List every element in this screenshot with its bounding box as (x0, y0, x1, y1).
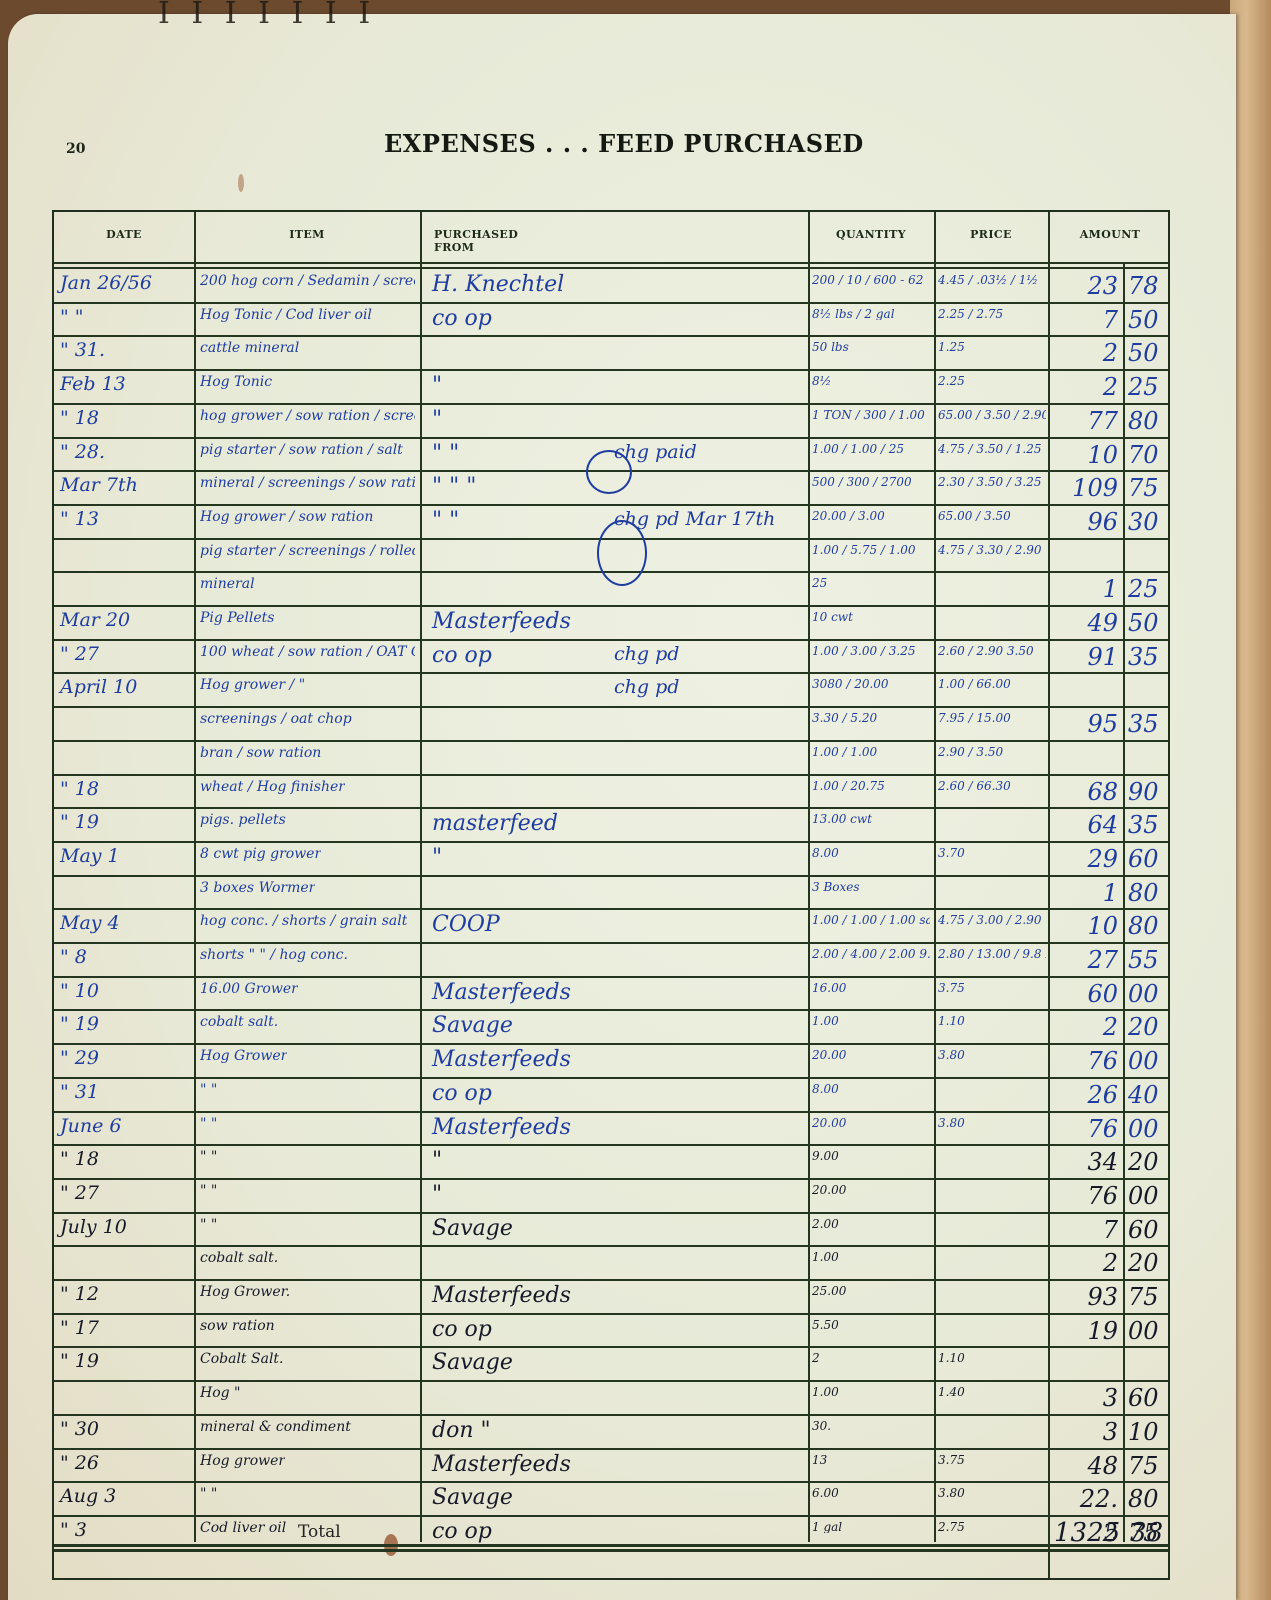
entry-amount-dollars: 1 (1052, 577, 1118, 601)
entry-amount-dollars: 49 (1052, 611, 1118, 635)
entry-date: " 26 (60, 1454, 99, 1473)
entry-quantity: 1.00 (812, 1251, 839, 1263)
entry-date: May 1 (60, 847, 120, 866)
page-number: 20 (66, 141, 85, 157)
entry-price: 1.25 (938, 341, 965, 353)
stain (238, 174, 244, 192)
entry-item: " " (200, 1117, 217, 1131)
entry-date: " 18 (60, 409, 99, 428)
entry-price: 3.75 (938, 982, 965, 994)
row-rule (54, 1448, 1168, 1450)
entry-amount-dollars: 76 (1052, 1049, 1118, 1073)
entry-amount-dollars: 93 (1052, 1285, 1118, 1309)
entry-amount-dollars: 95 (1052, 712, 1118, 736)
entry-supplier: Masterfeeds (432, 1285, 571, 1307)
entry-quantity: 20.00 / 3.00 (812, 510, 885, 522)
entry-note: chg pd Mar 17th (614, 510, 775, 529)
entry-amount-dollars: 96 (1052, 510, 1118, 534)
entry-quantity: 1.00 / 3.00 / 3.25 (812, 645, 916, 657)
entry-quantity: 500 / 300 / 2700 (812, 476, 912, 488)
entry-price: 3.75 (938, 1454, 965, 1466)
entry-date: Mar 7th (60, 476, 138, 495)
entry-amount-cents: 80 (1128, 409, 1159, 433)
entry-amount-cents: 20 (1128, 1251, 1159, 1275)
entry-date: " 31. (60, 341, 105, 360)
entry-amount-dollars: 64 (1052, 813, 1118, 837)
entry-supplier: Masterfeeds (432, 982, 571, 1004)
entry-item: shorts " " / hog conc. (200, 948, 348, 962)
entry-date: " 18 (60, 1150, 99, 1169)
entry-item: pigs. pellets (200, 813, 286, 827)
entry-item: mineral / screenings / sow ration (200, 476, 415, 490)
entry-amount-dollars: 2 (1052, 375, 1118, 399)
entry-amount-dollars: 7 (1052, 1218, 1118, 1242)
row-rule (54, 908, 1168, 910)
entry-quantity: 1.00 (812, 1015, 839, 1027)
entry-supplier: " (432, 1150, 442, 1172)
entry-price: 4.75 / 3.30 / 2.90 (938, 544, 1042, 556)
entry-date: " 3 (60, 1521, 87, 1540)
entry-item: pig starter / sow ration / salt (200, 443, 403, 457)
entry-quantity: 13.00 cwt (812, 813, 872, 825)
entry-supplier: co op (432, 1319, 492, 1341)
entry-item: Hog Grower (200, 1049, 287, 1063)
entry-date: April 10 (60, 678, 137, 697)
entry-price: 2.60 / 66.30 (938, 780, 1011, 792)
entry-supplier: " (432, 409, 442, 431)
entry-price: 2.60 / 2.90 3.50 (938, 645, 1034, 657)
entry-date: " 13 (60, 510, 99, 529)
entry-date: " 8 (60, 948, 87, 967)
entry-amount-cents: 80 (1128, 1487, 1159, 1511)
entry-quantity: 5.50 (812, 1319, 839, 1331)
entry-date: " 12 (60, 1285, 99, 1304)
entry-quantity: 2.00 (812, 1218, 839, 1230)
entry-amount-dollars: 60 (1052, 982, 1118, 1006)
entry-date: May 4 (60, 914, 120, 933)
entry-amount-dollars: 2 (1052, 1015, 1118, 1039)
entry-amount-dollars: 29 (1052, 847, 1118, 871)
entry-quantity: 9.00 (812, 1150, 839, 1162)
row-rule (54, 1414, 1168, 1416)
row-rule (54, 1515, 1168, 1517)
entry-date: " " (60, 308, 84, 327)
row-rule (54, 1279, 1168, 1281)
entry-item: mineral (200, 577, 255, 591)
entry-quantity: 3.30 / 5.20 (812, 712, 877, 724)
entry-amount-cents: 50 (1128, 308, 1159, 332)
entry-amount-cents: 00 (1128, 1049, 1159, 1073)
entry-note: chg pd (614, 678, 679, 697)
entry-item: Hog Tonic / Cod liver oil (200, 308, 372, 322)
entry-amount-cents: 00 (1128, 982, 1159, 1006)
entry-quantity: 20.00 (812, 1117, 846, 1129)
entry-date: Aug 3 (60, 1487, 116, 1506)
page-title: EXPENSES . . . FEED PURCHASED (384, 129, 864, 158)
entry-amount-cents: 00 (1128, 1319, 1159, 1343)
entry-price: 4.75 / 3.50 / 1.25 1.25 (938, 443, 1046, 455)
entry-amount-cents: 90 (1128, 780, 1159, 804)
entry-price: 3.80 (938, 1487, 965, 1499)
entry-amount-cents: 20 (1128, 1015, 1159, 1039)
entry-amount-cents: 75 (1128, 1521, 1159, 1545)
entry-item: Cobalt Salt. (200, 1352, 284, 1366)
entry-amount-cents: 35 (1128, 712, 1159, 736)
entry-amount-cents: 75 (1128, 1454, 1159, 1478)
entry-amount-dollars: 3 (1052, 1386, 1118, 1410)
entry-quantity: 30. (812, 1420, 831, 1432)
entry-price: 3.80 (938, 1117, 965, 1129)
entry-date: Jan 26/56 (60, 274, 152, 293)
entry-supplier: Savage (432, 1487, 513, 1509)
entry-amount-dollars: 2 (1052, 341, 1118, 365)
row-rule (54, 774, 1168, 776)
total-label: Total (298, 1522, 341, 1542)
row-rule (54, 605, 1168, 607)
entry-item: pig starter / screenings / rolled oats (200, 544, 415, 558)
entry-item: 100 wheat / sow ration / OAT CHOP (200, 645, 415, 659)
entry-amount-dollars: 48 (1052, 1454, 1118, 1478)
entry-amount-cents: 20 (1128, 1150, 1159, 1174)
entry-date: " 17 (60, 1319, 99, 1338)
entry-supplier: " (432, 847, 442, 869)
entry-date: July 10 (60, 1218, 127, 1237)
entry-price: 2.90 / 3.50 (938, 746, 1003, 758)
entry-supplier: co op (432, 645, 492, 667)
entry-amount-dollars: 27 (1052, 948, 1118, 972)
entry-amount-cents: 80 (1128, 881, 1159, 905)
entry-quantity: 2 (812, 1352, 820, 1364)
entry-supplier: masterfeed (432, 813, 558, 835)
entry-item: " " (200, 1083, 217, 1097)
entry-supplier: H. Knechtel (432, 274, 564, 296)
entry-supplier: " " (432, 510, 459, 532)
entry-amount-cents: 75 (1128, 1285, 1159, 1309)
entry-item: " " (200, 1218, 217, 1232)
entry-supplier: Masterfeeds (432, 1454, 571, 1476)
row-rule (54, 1346, 1168, 1348)
entry-price: 2.25 / 2.75 (938, 308, 1003, 320)
entry-item: " " (200, 1184, 217, 1198)
entry-item: screenings / oat chop (200, 712, 352, 726)
entry-item: " " (200, 1487, 217, 1501)
header-quantity: QUANTITY (808, 228, 934, 241)
row-rule (54, 942, 1168, 944)
entry-supplier: Masterfeeds (432, 611, 571, 633)
entry-amount-dollars: 3 (1052, 1420, 1118, 1444)
entry-date: " 27 (60, 1184, 99, 1203)
entry-item: Cod liver oil (200, 1521, 286, 1535)
entry-amount-cents: 78 (1128, 274, 1159, 298)
entry-amount-cents: 00 (1128, 1117, 1159, 1141)
entry-amount-cents: 60 (1128, 847, 1159, 871)
entry-amount-dollars: 10 (1052, 443, 1118, 467)
entry-item: 3 boxes Wormer (200, 881, 315, 895)
entry-quantity: 1.00 (812, 1386, 839, 1398)
entry-item: cattle mineral (200, 341, 299, 355)
entry-amount-cents: 10 (1128, 1420, 1159, 1444)
entry-quantity: 3080 / 20.00 (812, 678, 889, 690)
row-rule (54, 335, 1168, 337)
row-rule (54, 807, 1168, 809)
entry-supplier: " (432, 375, 442, 397)
entry-price: 1.10 (938, 1015, 965, 1027)
entry-quantity: 6.00 (812, 1487, 839, 1499)
entry-date: Feb 13 (60, 375, 126, 394)
entry-date: " 31 (60, 1083, 99, 1102)
entry-amount-dollars: 26 (1052, 1083, 1118, 1107)
entry-amount-cents: 60 (1128, 1218, 1159, 1242)
book-cover-edge (1230, 0, 1271, 1600)
entry-price: 65.00 / 3.50 (938, 510, 1011, 522)
entry-supplier: " " " (432, 476, 476, 498)
entry-note: chg pd (614, 645, 679, 664)
entry-item: 8 cwt pig grower (200, 847, 321, 861)
row-rule (54, 639, 1168, 641)
entry-quantity: 3 Boxes (812, 881, 860, 893)
row-rule (54, 1313, 1168, 1315)
entry-quantity: 8.00 (812, 847, 839, 859)
entry-price: 2.80 / 13.00 / 9.8 25 (938, 948, 1046, 960)
entry-supplier: co op (432, 1521, 492, 1543)
entry-price: 7.95 / 15.00 (938, 712, 1011, 724)
entry-supplier: Savage (432, 1352, 513, 1374)
header-date: DATE (54, 228, 194, 241)
entry-amount-dollars: 76 (1052, 1117, 1118, 1141)
entry-quantity: 50 lbs (812, 341, 849, 353)
circled-chg-mark (597, 520, 647, 586)
entry-item: hog grower / sow ration / screenings (200, 409, 415, 423)
column-divider (420, 212, 422, 1542)
entry-quantity: 1.00 / 5.75 / 1.00 (812, 544, 916, 556)
column-divider (808, 212, 810, 1542)
entry-quantity: 1.00 / 20.75 (812, 780, 885, 792)
entry-item: Hog grower / sow ration (200, 510, 373, 524)
entry-quantity: 20.00 (812, 1049, 846, 1061)
entry-price: 2.25 (938, 375, 965, 387)
row-rule (54, 1043, 1168, 1045)
row-rule (54, 369, 1168, 371)
row-rule (54, 976, 1168, 978)
entry-price: 65.00 / 3.50 / 2.90 (938, 409, 1046, 421)
entry-quantity: 16.00 (812, 982, 846, 994)
row-rule (54, 437, 1168, 439)
entry-amount-dollars: 2 (1052, 1521, 1118, 1545)
entry-supplier: don " (432, 1420, 491, 1442)
entry-item: 200 hog corn / Sedamin / screenings salt (200, 274, 415, 288)
entry-item: mineral & condiment (200, 1420, 351, 1434)
row-rule (54, 1077, 1168, 1079)
entry-quantity: 1.00 / 1.00 (812, 746, 877, 758)
entry-quantity: 13 (812, 1454, 827, 1466)
entry-quantity: 25 (812, 577, 827, 589)
entry-supplier: co op (432, 308, 492, 330)
entry-quantity: 8.00 (812, 1083, 839, 1095)
entry-item: 16.00 Grower (200, 982, 298, 996)
entry-supplier: co op (432, 1083, 492, 1105)
entry-date: " 19 (60, 1015, 99, 1034)
entry-quantity: 2.00 / 4.00 / 2.00 9.. 25 (812, 948, 930, 960)
entry-price: 2.75 (938, 1521, 965, 1533)
header-amount: AMOUNT (1048, 228, 1172, 241)
entry-quantity: 1.00 / 1.00 / 1.00 salt 1.90 (812, 914, 930, 926)
header-rule (54, 267, 1168, 269)
entry-date: " 27 (60, 645, 99, 664)
entry-quantity: 1 TON / 300 / 1.00 (812, 409, 925, 421)
entry-supplier: Masterfeeds (432, 1117, 571, 1139)
entry-date: " 30 (60, 1420, 99, 1439)
entry-quantity: 10 cwt (812, 611, 853, 623)
row-rule (54, 1009, 1168, 1011)
entry-item: Hog " (200, 1386, 241, 1400)
entry-price: 3.80 (938, 1049, 965, 1061)
entry-amount-dollars: 77 (1052, 409, 1118, 433)
feed-expense-table: DATE ITEM PURCHASED FROM QUANTITY PRICE … (52, 210, 1170, 1580)
column-divider (934, 212, 936, 1542)
entry-amount-cents: 35 (1128, 813, 1159, 837)
row-rule (54, 875, 1168, 877)
row-rule (54, 841, 1168, 843)
entry-quantity: 8½ lbs / 2 gal (812, 308, 895, 320)
entry-item: sow ration (200, 1319, 275, 1333)
entry-amount-dollars: 2 (1052, 1251, 1118, 1275)
entry-supplier: " (432, 1184, 442, 1206)
entry-date: " 28. (60, 443, 105, 462)
entry-quantity: 20.00 (812, 1184, 846, 1196)
entry-item: Hog Grower. (200, 1285, 290, 1299)
row-rule (54, 740, 1168, 742)
entry-price: 4.75 / 3.00 / 2.90 1.5 (938, 914, 1046, 926)
entry-date: " 29 (60, 1049, 99, 1068)
entry-amount-dollars: 1 (1052, 881, 1118, 905)
entry-amount-dollars: 22. (1052, 1487, 1118, 1511)
row-rule (54, 1212, 1168, 1214)
entry-quantity: 1.00 / 1.00 / 25 (812, 443, 904, 455)
cents-divider (1123, 264, 1125, 1542)
row-rule (54, 1549, 1168, 1552)
entry-amount-cents: 35 (1128, 645, 1159, 669)
entry-supplier: Savage (432, 1218, 513, 1240)
entry-amount-cents: 40 (1128, 1083, 1159, 1107)
entry-amount-dollars: 76 (1052, 1184, 1118, 1208)
entry-date: June 6 (60, 1117, 121, 1136)
total-rule (54, 1544, 1168, 1547)
entry-amount-cents: 25 (1128, 577, 1159, 601)
row-rule (54, 504, 1168, 506)
row-rule (54, 1144, 1168, 1146)
entry-amount-dollars: 109 (1052, 476, 1118, 500)
entry-item: wheat / Hog finisher (200, 780, 345, 794)
entry-date: " 18 (60, 780, 99, 799)
entry-quantity: 1 gal (812, 1521, 842, 1533)
entry-amount-dollars: 23 (1052, 274, 1118, 298)
entry-date: " 19 (60, 813, 99, 832)
entry-date: " 19 (60, 1352, 99, 1371)
header-item: ITEM (194, 228, 420, 241)
entry-amount-cents: 25 (1128, 375, 1159, 399)
entry-item: " " (200, 1150, 217, 1164)
entry-item: bran / sow ration (200, 746, 321, 760)
entry-amount-cents: 80 (1128, 914, 1159, 938)
entry-amount-dollars: 34 (1052, 1150, 1118, 1174)
row-rule (54, 706, 1168, 708)
entry-amount-cents: 50 (1128, 611, 1159, 635)
header-rule (54, 262, 1168, 264)
row-rule (54, 1111, 1168, 1113)
entry-quantity: 200 / 10 / 600 - 62 (812, 274, 923, 286)
entry-amount-dollars: 10 (1052, 914, 1118, 938)
header-price: PRICE (934, 228, 1048, 241)
entry-amount-cents: 60 (1128, 1386, 1159, 1410)
entry-price: 1.40 (938, 1386, 965, 1398)
entry-item: Hog grower / " (200, 678, 305, 692)
entry-item: Hog Tonic (200, 375, 272, 389)
entry-amount-cents: 50 (1128, 341, 1159, 365)
entry-date: Mar 20 (60, 611, 130, 630)
entry-price: 1.10 (938, 1352, 965, 1364)
row-rule (54, 403, 1168, 405)
entry-item: cobalt salt. (200, 1015, 278, 1029)
previous-page-bleed: I I I I I I I (158, 0, 376, 31)
row-rule (54, 1481, 1168, 1483)
entry-price: 1.00 / 66.00 (938, 678, 1011, 690)
entry-amount-dollars: 91 (1052, 645, 1118, 669)
entry-supplier: COOP (432, 914, 500, 936)
entry-supplier: " " (432, 443, 459, 465)
column-divider (194, 212, 196, 1542)
row-rule (54, 302, 1168, 304)
entry-amount-cents: 30 (1128, 510, 1159, 534)
row-rule (54, 672, 1168, 674)
entry-amount-cents: 00 (1128, 1184, 1159, 1208)
row-rule (54, 1178, 1168, 1180)
row-rule (54, 1380, 1168, 1382)
entry-supplier: Savage (432, 1015, 513, 1037)
entry-amount-dollars: 19 (1052, 1319, 1118, 1343)
entry-price: 2.30 / 3.50 / 3.25 (938, 476, 1042, 488)
entry-date: " 10 (60, 982, 99, 1001)
entry-amount-dollars: 7 (1052, 308, 1118, 332)
amount-column-divider (1048, 212, 1050, 1578)
header-purchased-from: PURCHASED FROM (434, 228, 554, 254)
entry-item: hog conc. / shorts / grain salt (200, 914, 407, 928)
entry-price: 4.45 / .03½ / 1½ (938, 274, 1038, 286)
entry-quantity: 8½ (812, 375, 831, 387)
entry-item: cobalt salt. (200, 1251, 278, 1265)
circled-chg-mark (586, 450, 632, 494)
entry-quantity: 25.00 (812, 1285, 846, 1297)
entry-amount-cents: 70 (1128, 443, 1159, 467)
entry-amount-dollars: 68 (1052, 780, 1118, 804)
entry-item: Hog grower (200, 1454, 285, 1468)
entry-item: Pig Pellets (200, 611, 274, 625)
entry-amount-cents: 75 (1128, 476, 1159, 500)
entry-supplier: Masterfeeds (432, 1049, 571, 1071)
entry-amount-cents: 55 (1128, 948, 1159, 972)
row-rule (54, 1245, 1168, 1247)
entry-price: 3.70 (938, 847, 965, 859)
